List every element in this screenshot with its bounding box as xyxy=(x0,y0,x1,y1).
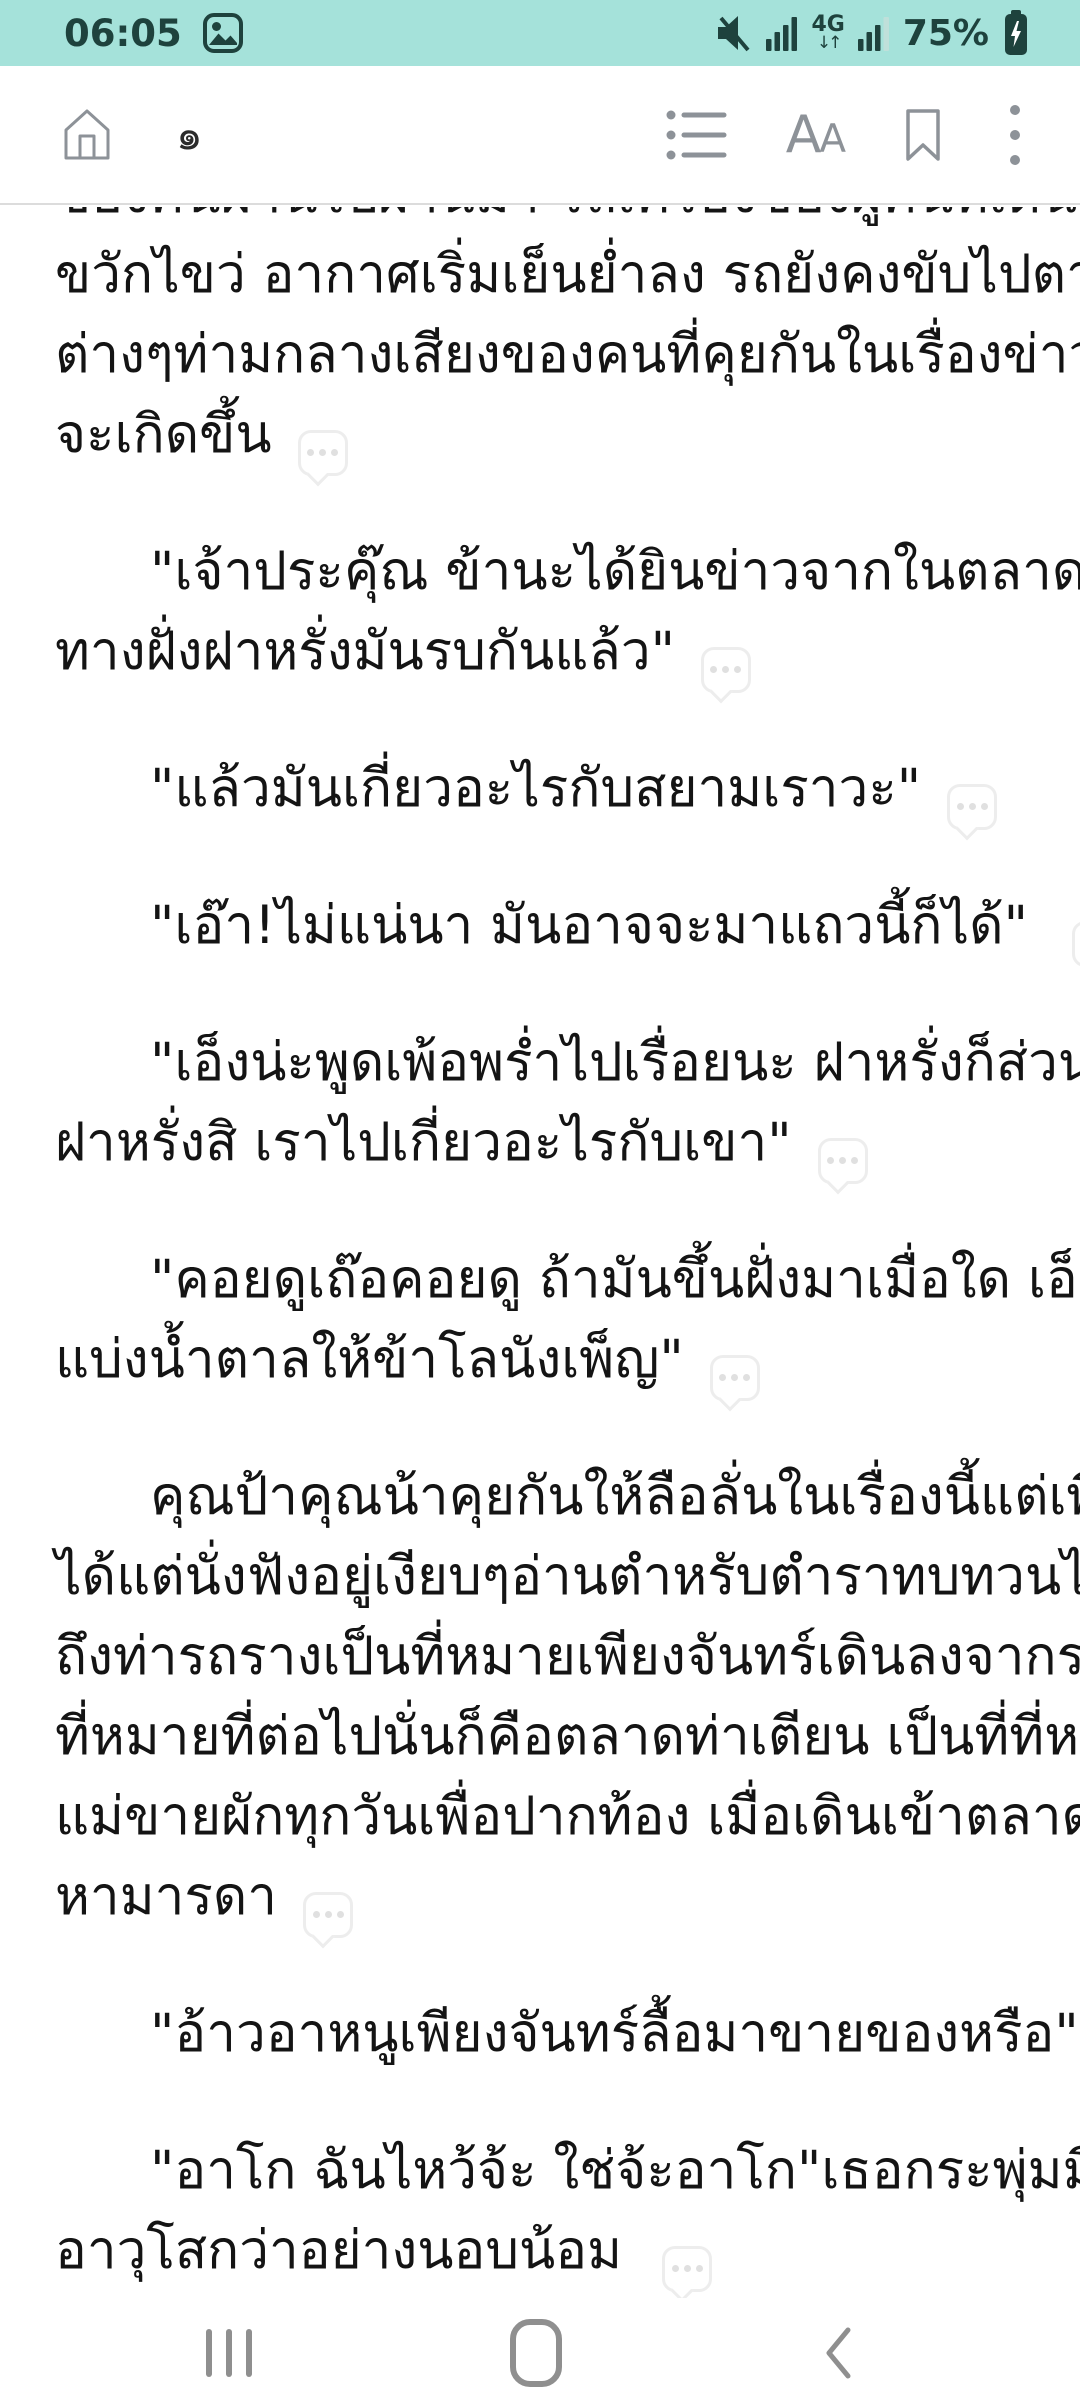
secondary-signal-icon xyxy=(858,14,890,52)
text-line: "เอ๊า!ไม่แน่นา มันอาจจะมาแถวนี้ก็ได้" xyxy=(55,886,1035,966)
comments-icon[interactable] xyxy=(298,430,348,476)
android-navigation-bar xyxy=(0,2298,1080,2408)
text-line: ฝาหรั่งสิ เราไปเกี่ยวอะไรกับเขา" xyxy=(55,1103,1035,1183)
status-bar: 06:05 4G ↓↑ xyxy=(0,0,1080,66)
battery-charging-icon xyxy=(1002,9,1030,57)
paragraph: "อาโก ฉันไหว้จ้ะ ใช่จ้ะอาโก"เธอกระพุ่มมื… xyxy=(55,2131,1035,2291)
text-line-clipped: ของคนผ่านไปผ่านมา รถเครื่องของผู้คนที่เด… xyxy=(55,207,1035,235)
text-line: "คอยดูเถ๊อคอยดู ถ้ามันขึ้นฝั่งมาเมื่อใด … xyxy=(55,1240,1035,1320)
comments-icon[interactable] xyxy=(303,1892,353,1938)
comments-icon[interactable] xyxy=(710,1355,760,1401)
text-line: ถึงท่ารถรางเป็นที่หมายเพียงจันทร์เดินลงจ… xyxy=(55,1617,1035,1697)
battery-percent-text: 75% xyxy=(903,13,989,54)
back-button[interactable] xyxy=(820,2325,858,2381)
bookmark-button[interactable] xyxy=(902,106,944,164)
comments-icon[interactable] xyxy=(662,2246,712,2292)
paragraph: "เอ๊า!ไม่แน่นา มันอาจจะมาแถวนี้ก็ได้" xyxy=(55,886,1035,966)
text-line: แม่ขายผักทุกวันเพื่อปากท้อง เมื่อเดินเข้… xyxy=(55,1777,1035,1857)
paragraph: คุณป้าคุณน้าคุยกันให้ลือลั่นในเรื่องนี้แ… xyxy=(55,1457,1035,1937)
chapter-list-button[interactable] xyxy=(666,108,728,162)
text-line: คุณป้าคุณน้าคุยกันให้ลือลั่นในเรื่องนี้แ… xyxy=(55,1457,1035,1537)
text-line: ได้แต่นั่งฟังอยู่เงียบๆอ่านตำหรับตำราทบท… xyxy=(55,1537,1035,1617)
text-line: หามารดา xyxy=(55,1857,1035,1937)
chapter-number-label: ๑ xyxy=(176,102,203,168)
comments-icon[interactable] xyxy=(818,1138,868,1184)
more-options-button[interactable] xyxy=(1002,105,1020,165)
home-button[interactable] xyxy=(58,106,116,164)
paragraph: "แล้วมันเกี่ยวอะไรกับสยามเราวะ" xyxy=(55,749,1035,829)
comments-icon[interactable] xyxy=(701,647,751,693)
text-line: จะเกิดขึ้น xyxy=(55,395,1035,475)
recents-button[interactable] xyxy=(206,2329,252,2377)
paragraph: "อ้าวอาหนูเพียงจันทร์ลื้อมาขายของหรือ" xyxy=(55,1994,1035,2074)
cellular-signal-icon xyxy=(766,14,798,52)
gallery-notification-icon xyxy=(202,12,244,54)
text-line: อาวุโสกว่าอย่างนอบน้อม xyxy=(55,2211,1035,2291)
comments-icon[interactable] xyxy=(947,784,997,830)
text-line: ที่หมายที่ต่อไปนั่นก็คือตลาดท่าเตียน เป็… xyxy=(55,1697,1035,1777)
text-line: "อาโก ฉันไหว้จ้ะ ใช่จ้ะอาโก"เธอกระพุ่มมื… xyxy=(55,2131,1035,2211)
text-line: "อ้าวอาหนูเพียงจันทร์ลื้อมาขายของหรือ" xyxy=(55,1994,1035,2074)
network-type-indicator: 4G ↓↑ xyxy=(811,14,844,52)
paragraph: "เจ้าประคุ๊ณ ข้านะได้ยินข่าวจากในตลาดท่า… xyxy=(55,532,1035,692)
clock-text: 06:05 xyxy=(64,12,182,55)
text-line: "แล้วมันเกี่ยวอะไรกับสยามเราวะ" xyxy=(55,749,1035,829)
paragraph: ของคนผ่านไปผ่านมา รถเครื่องของผู้คนที่เด… xyxy=(55,207,1035,475)
text-line: "เอ็งน่ะพูดเพ้อพร่ำไปเรื่อยนะ ฝาหรั่งก็ส… xyxy=(55,1023,1035,1103)
reader-page: ของคนผ่านไปผ่านมา รถเครื่องของผู้คนที่เด… xyxy=(0,207,1080,2298)
text-line: ต่างๆท่ามกลางเสียงของคนที่คุยกันในเรื่อง… xyxy=(55,315,1035,395)
paragraph: "คอยดูเถ๊อคอยดู ถ้ามันขึ้นฝั่งมาเมื่อใด … xyxy=(55,1240,1035,1400)
text-line: ขวักไขว่ อากาศเริ่มเย็นย่ำลง รถยังคงขับไ… xyxy=(55,235,1035,315)
paragraph: "เอ็งน่ะพูดเพ้อพร่ำไปเรื่อยนะ ฝาหรั่งก็ส… xyxy=(55,1023,1035,1183)
text-line: ทางฝั่งฝาหรั่งมันรบกันแล้ว" xyxy=(55,612,1035,692)
text-line: แบ่งน้ำตาลให้ข้าโลนังเพ็ญ" xyxy=(55,1320,1035,1400)
reader-toolbar: ๑ AA xyxy=(0,66,1080,205)
font-settings-button[interactable]: AA xyxy=(786,105,844,165)
comments-icon[interactable] xyxy=(1072,921,1080,967)
mute-icon xyxy=(713,12,753,54)
home-nav-button[interactable] xyxy=(510,2319,562,2387)
text-line: "เจ้าประคุ๊ณ ข้านะได้ยินข่าวจากในตลาดท่า… xyxy=(55,532,1035,612)
